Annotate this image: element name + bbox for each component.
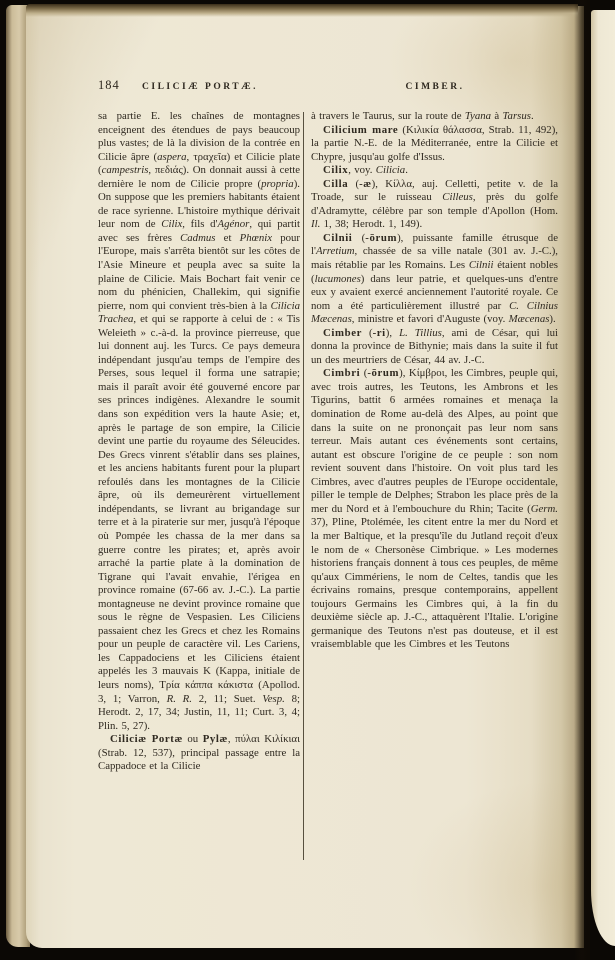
text-segment: Cilicium mare — [323, 124, 398, 136]
text-segment: campestris — [102, 164, 149, 176]
text-segment: à — [491, 110, 503, 122]
text-segment: L. Tillius — [399, 327, 442, 339]
text-segment: Tyana — [465, 110, 491, 122]
text-segment: Cilicia — [376, 164, 405, 176]
text-segment: Cilnii — [323, 232, 352, 244]
text-segment: lucumones — [315, 273, 361, 285]
text-segment: Agénor — [218, 218, 250, 230]
text-segment: Cimbri — [323, 367, 360, 379]
text-segment: Germ. — [531, 503, 558, 515]
text-segment: . — [405, 164, 408, 176]
text-segment: à travers le Taurus, sur la route de — [311, 110, 465, 122]
text-segment: ou — [183, 733, 203, 745]
text-segment: Cimber — [323, 327, 362, 339]
text-segment: , voy. — [348, 164, 376, 176]
paragraph: à travers le Taurus, sur la route de Tya… — [311, 110, 558, 124]
text-segment: ), Κίμβροι, les Cimbres, peuple qui, ave… — [311, 367, 558, 514]
text-segment: ), — [386, 327, 399, 339]
text-segment: R. R. — [167, 693, 192, 705]
text-segment: 37), Pline, Ptolémée, les citent entre l… — [311, 516, 558, 650]
text-segment: Cilnii — [469, 259, 494, 271]
running-head-left: CILICIÆ PORTÆ. — [114, 82, 286, 92]
column-divider — [303, 112, 304, 860]
text-column-right: à travers le Taurus, sur la route de Tya… — [311, 110, 558, 900]
text-segment: Ciliciæ Portæ — [110, 733, 183, 745]
page-top-edge — [26, 4, 578, 17]
running-head-right: CIMBER. — [351, 82, 519, 92]
text-segment: -ōrum — [365, 232, 397, 244]
text-segment: et — [215, 232, 239, 244]
text-segment: Cilleus — [442, 191, 473, 203]
text-segment: , fils d' — [182, 218, 217, 230]
text-segment: Phœnix — [240, 232, 272, 244]
book-scan: 184 CILICIÆ PORTÆ. CIMBER. sa partie E. … — [0, 0, 615, 960]
opposite-page-sliver — [591, 10, 615, 946]
text-segment: Cilix — [161, 218, 182, 230]
paragraph: sa partie E. les chaînes de montagnes en… — [98, 110, 300, 733]
text-segment: 2, 11; Suet. — [192, 693, 262, 705]
text-segment: -ri — [373, 327, 386, 339]
text-segment: , et qui se rapporte à celui de : « Tis … — [98, 313, 300, 704]
book-page: 184 CILICIÆ PORTÆ. CIMBER. sa partie E. … — [26, 6, 584, 948]
paragraph: Cimber (-ri), L. Tillius, ami de César, … — [311, 327, 558, 368]
text-column-left: sa partie E. les chaînes de montagnes en… — [98, 110, 300, 862]
text-segment: Mæcenas — [509, 313, 550, 325]
paragraph: Cilnii (-ōrum), puissante famille étrusq… — [311, 232, 558, 327]
text-segment: propria — [261, 178, 294, 190]
text-segment: , ministre et favori d'Auguste (voy. — [352, 313, 509, 325]
text-segment: Pylæ — [203, 733, 228, 745]
paragraph: Cilla (-æ), Κίλλα, auj. Celletti, petite… — [311, 178, 558, 232]
text-segment: Tarsus — [503, 110, 531, 122]
text-segment: -ōrum — [367, 367, 399, 379]
text-segment: aspera — [157, 151, 186, 163]
text-segment: Vesp. — [262, 693, 285, 705]
text-segment: -æ — [359, 178, 372, 190]
text-segment: ). — [549, 313, 555, 325]
paragraph: Cimbri (-ōrum), Κίμβροι, les Cimbres, pe… — [311, 367, 558, 651]
paragraph: Ciliciæ Portæ ou Pylæ, πύλαι Κιλίκιαι (S… — [98, 733, 300, 774]
text-segment: Cilix — [323, 164, 348, 176]
gutter-shadow — [574, 0, 590, 960]
text-segment: ( — [362, 327, 373, 339]
text-segment: ( — [348, 178, 359, 190]
text-segment: Cadmus — [180, 232, 215, 244]
text-segment: ( — [352, 232, 365, 244]
text-segment: 1, 38; Herodt. 1, 149). — [320, 218, 422, 230]
text-segment: . — [531, 110, 534, 122]
paragraph: Cilicium mare (Κιλικία θάλασσα, Strab. 1… — [311, 124, 558, 165]
paragraph: Cilix, voy. Cilicia. — [311, 164, 558, 178]
text-segment: Arretium — [316, 245, 355, 257]
text-segment: Il. — [311, 218, 320, 230]
text-segment: Cilla — [323, 178, 348, 190]
